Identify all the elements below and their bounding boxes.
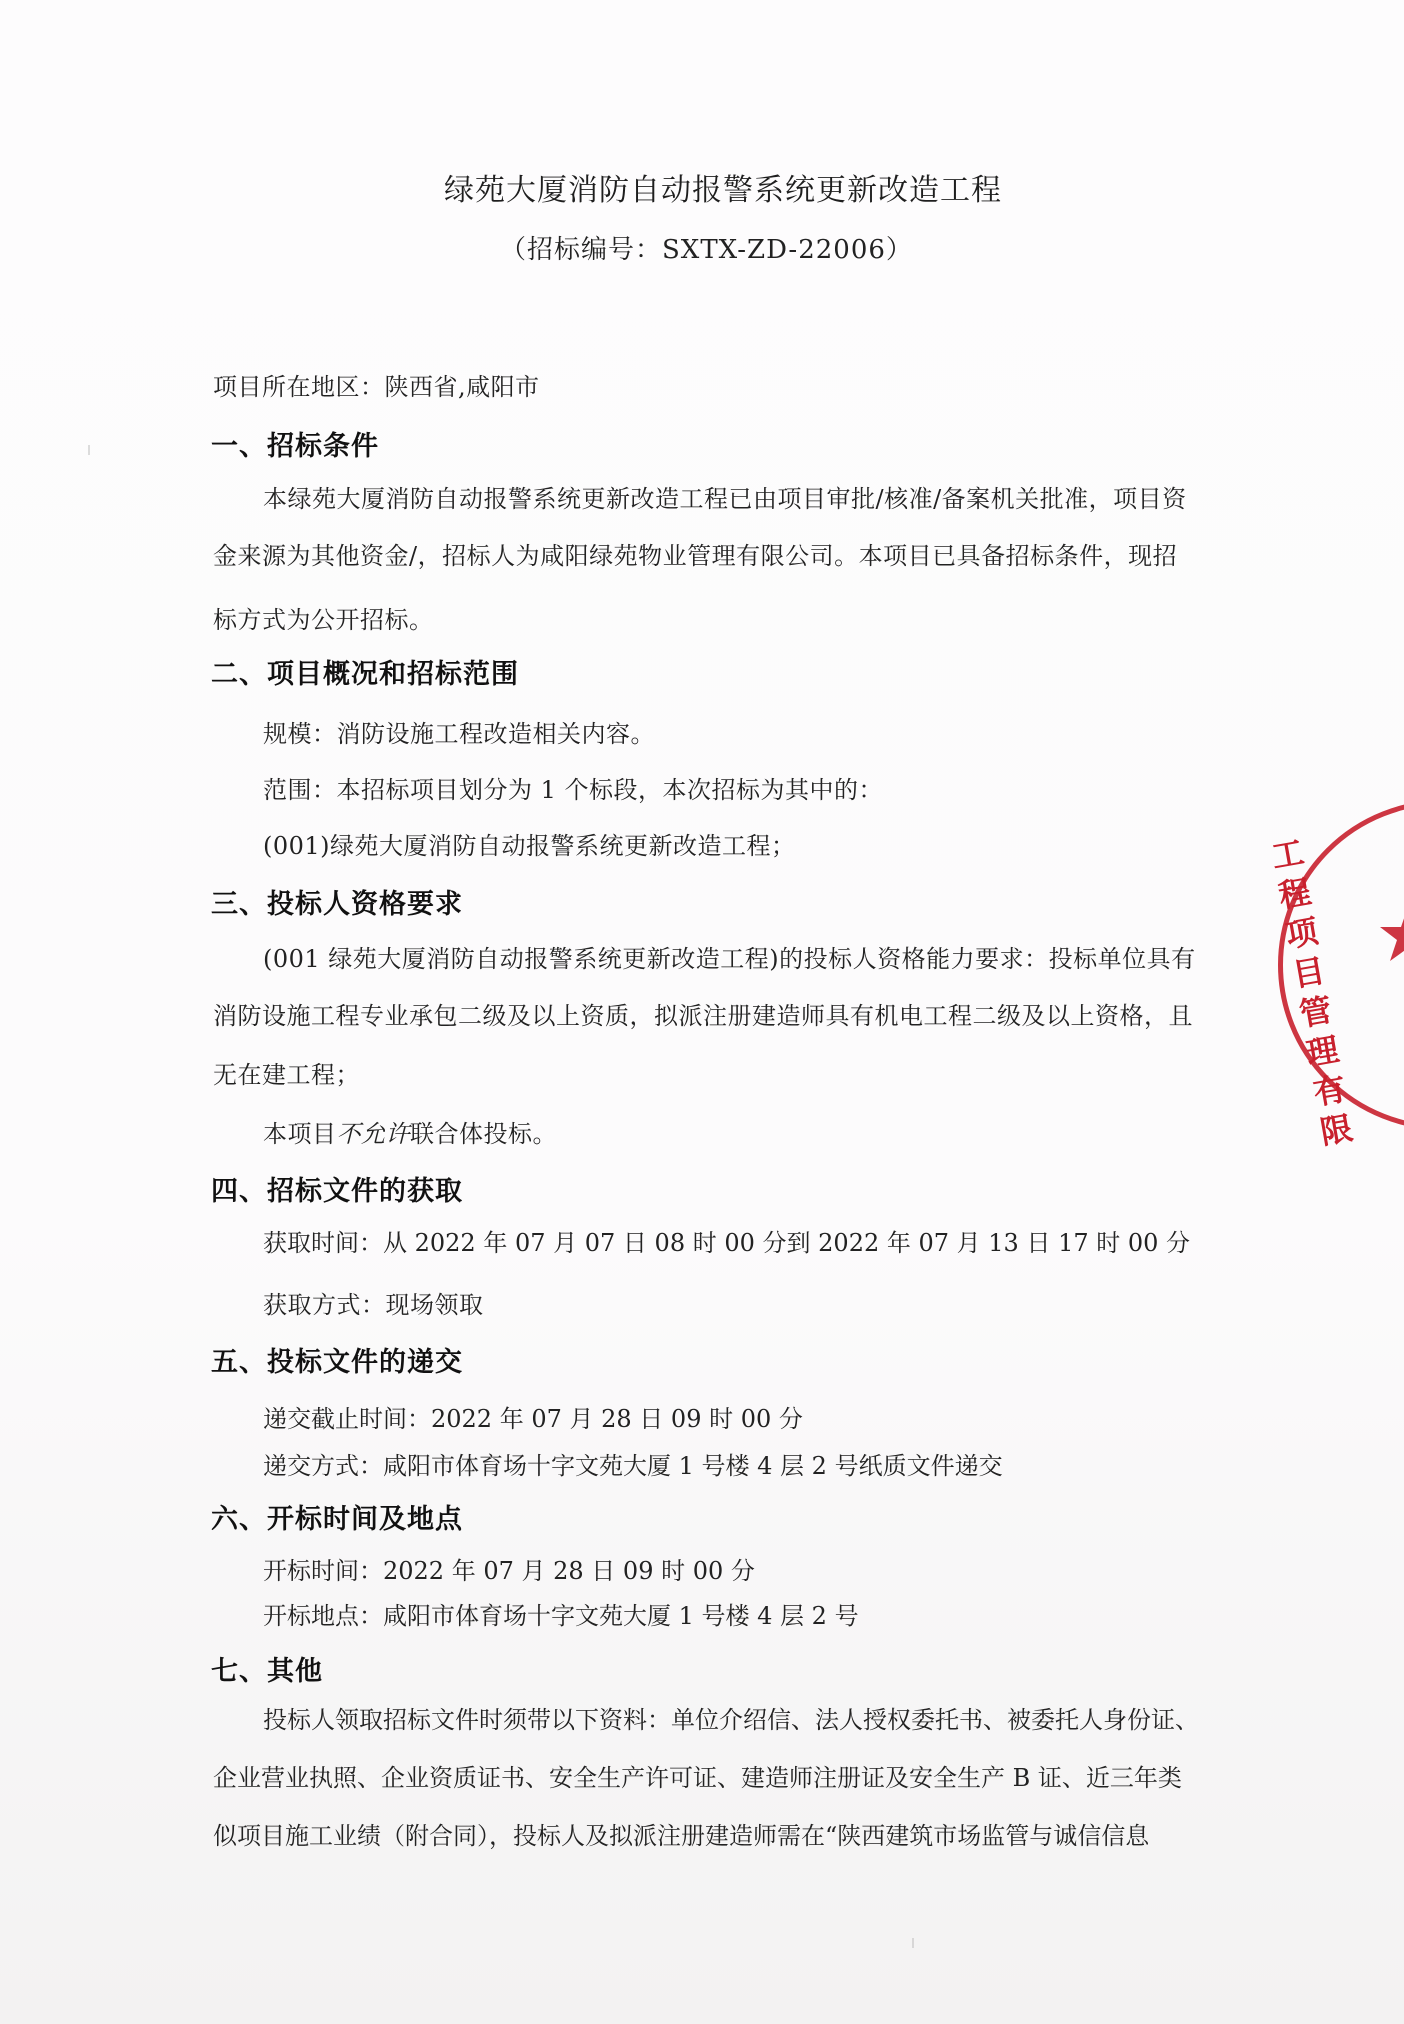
scan-speck bbox=[912, 1938, 914, 1948]
section-1-line-1: 本绿苑大厦消防自动报警系统更新改造工程已由项目审批/核准/备案机关批准，项目资 bbox=[263, 483, 1187, 515]
section-heading-2: 二、项目概况和招标范围 bbox=[211, 659, 519, 691]
section-heading-5: 五、投标文件的递交 bbox=[211, 1347, 463, 1379]
section-heading-1: 一、招标条件 bbox=[211, 431, 379, 463]
section-3-line-2: 消防设施工程专业承包二级及以上资质，拟派注册建造师具有机电工程二级及以上资格，且 bbox=[213, 1000, 1193, 1032]
document-title: 绿苑大厦消防自动报警系统更新改造工程 bbox=[444, 175, 1002, 207]
section-4-line-1: 获取时间：从 2022 年 07 月 07 日 08 时 00 分到 2022 … bbox=[263, 1227, 1190, 1259]
section-3-line-1: (001 绿苑大厦消防自动报警系统更新改造工程)的投标人资格能力要求：投标单位具… bbox=[263, 943, 1196, 975]
section-7-line-3: 似项目施工业绩（附合同），投标人及拟派注册建造师需在“陕西建筑市场监管与诚信信息 bbox=[213, 1820, 1149, 1852]
section-heading-4: 四、招标文件的获取 bbox=[211, 1176, 463, 1208]
section-6-line-2: 开标地点：咸阳市体育场十字文苑大厦 1 号楼 4 层 2 号 bbox=[263, 1600, 859, 1632]
section-2-line-1: 规模：消防设施工程改造相关内容。 bbox=[263, 718, 655, 750]
consortium-prefix: 本项目 bbox=[263, 1120, 337, 1148]
project-location: 项目所在地区：陕西省,咸阳市 bbox=[213, 371, 540, 403]
consortium-suffix: 联合体投标。 bbox=[410, 1120, 557, 1148]
consortium-emphasis: 不允许 bbox=[337, 1120, 411, 1148]
section-7-line-2: 企业营业执照、企业资质证书、安全生产许可证、建造师注册证及安全生产 B 证、近三… bbox=[213, 1762, 1182, 1794]
document-page: 绿苑大厦消防自动报警系统更新改造工程 （招标编号：SXTX-ZD-22006） … bbox=[0, 0, 1404, 2024]
section-5-line-2: 递交方式：咸阳市体育场十字文苑大厦 1 号楼 4 层 2 号纸质文件递交 bbox=[263, 1450, 1003, 1482]
tender-number: （招标编号：SXTX-ZD-22006） bbox=[500, 234, 913, 266]
section-1-line-3: 标方式为公开招标。 bbox=[213, 604, 434, 636]
section-heading-6: 六、开标时间及地点 bbox=[211, 1504, 463, 1536]
section-6-line-1: 开标时间：2022 年 07 月 28 日 09 时 00 分 bbox=[263, 1555, 755, 1587]
section-1-line-2: 金来源为其他资金/，招标人为咸阳绿苑物业管理有限公司。本项目已具备招标条件，现招 bbox=[213, 540, 1177, 572]
section-5-line-1: 递交截止时间：2022 年 07 月 28 日 09 时 00 分 bbox=[263, 1403, 803, 1435]
section-heading-3: 三、投标人资格要求 bbox=[211, 889, 463, 921]
section-2-line-3: (001)绿苑大厦消防自动报警系统更新改造工程； bbox=[263, 830, 796, 862]
consortium-statement: 本项目不允许联合体投标。 bbox=[263, 1118, 557, 1150]
scan-speck bbox=[88, 445, 90, 455]
star-icon bbox=[1378, 905, 1404, 965]
section-heading-7: 七、其他 bbox=[211, 1656, 323, 1688]
section-4-line-2: 获取方式：现场领取 bbox=[263, 1289, 484, 1321]
section-3-line-3: 无在建工程； bbox=[213, 1059, 360, 1091]
section-7-line-1: 投标人领取招标文件时须带以下资料：单位介绍信、法人授权委托书、被委托人身份证、 bbox=[263, 1704, 1199, 1736]
section-2-line-2: 范围：本招标项目划分为 1 个标段，本次招标为其中的： bbox=[263, 774, 883, 806]
